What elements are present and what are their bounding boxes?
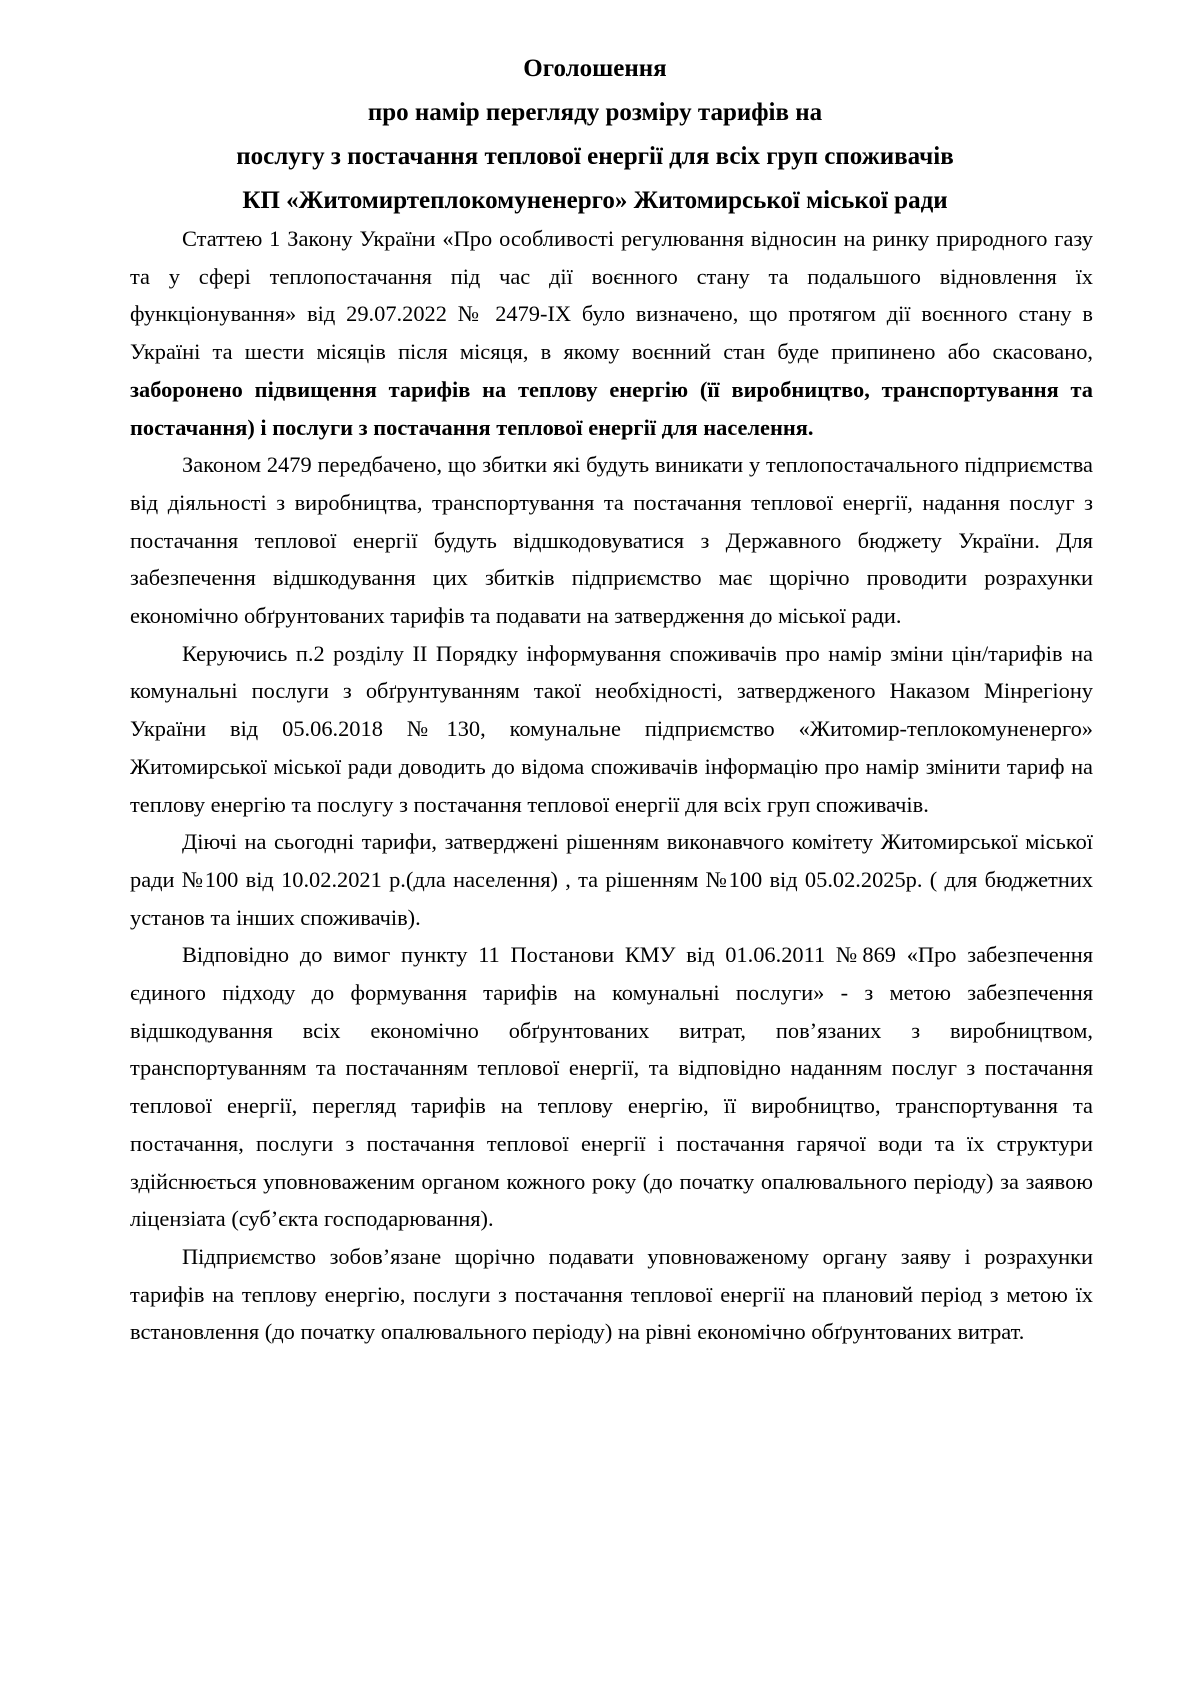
paragraph-resolution-869: Відповідно до вимог пункту 11 Постанови … xyxy=(130,936,1093,1238)
paragraph-text: Статтею 1 Закону України «Про особливост… xyxy=(130,226,1093,364)
paragraph-compensation: Законом 2479 передбачено, що збитки які … xyxy=(130,446,1093,635)
paragraph-notification: Керуючись п.2 розділу ІІ Порядку інформу… xyxy=(130,635,1093,824)
heading-line-4: КП «Житомиртеплокомуненерго» Житомирсько… xyxy=(160,179,1030,223)
heading-line-2: про намір перегляду розміру тарифів на xyxy=(160,91,1030,135)
document-page: Оголошення про намір перегляду розміру т… xyxy=(0,0,1190,1683)
document-body: Статтею 1 Закону України «Про особливост… xyxy=(130,220,1093,1351)
heading-title: Оголошення xyxy=(160,47,1030,91)
paragraph-law-2479: Статтею 1 Закону України «Про особливост… xyxy=(130,220,1093,446)
paragraph-current-tariffs: Діючі на сьогодні тарифи, затверджені рі… xyxy=(130,823,1093,936)
heading-line-3: послугу з постачання теплової енергії дл… xyxy=(160,135,1030,179)
document-heading: Оголошення про намір перегляду розміру т… xyxy=(160,47,1030,223)
paragraph-bold-text: заборонено підвищення тарифів на теплову… xyxy=(130,377,1093,440)
paragraph-obligation: Підприємство зобов’язане щорічно подават… xyxy=(130,1238,1093,1351)
